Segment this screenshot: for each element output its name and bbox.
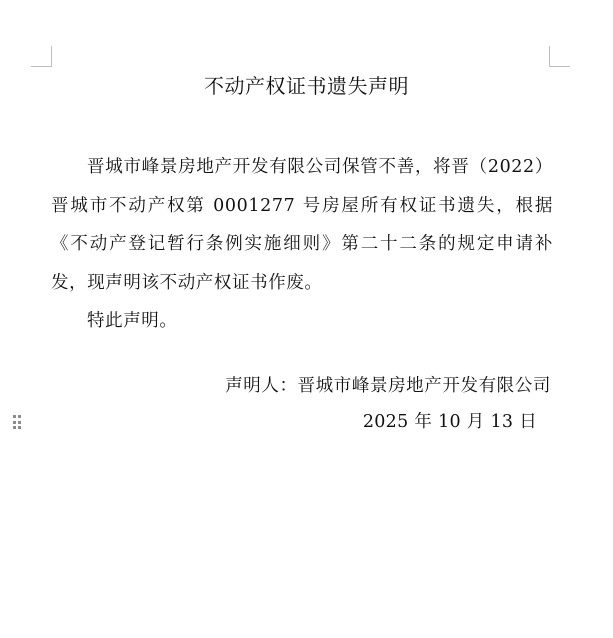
drag-dot [13,421,16,424]
body-paragraph-closing: 特此声明。 [51,302,553,341]
drag-dot [18,415,21,418]
drag-dot [18,421,21,424]
drag-dot [18,426,21,429]
top-right-margin-mark [549,46,570,67]
drag-dot [13,426,16,429]
drag-dot [13,415,16,418]
drag-handle-icon[interactable] [13,415,21,429]
top-left-margin-mark [31,46,52,67]
declaration-date: 2025 年 10 月 13 日 [363,408,537,436]
document-body: 晋城市峰景房地产开发有限公司保管不善，将晋（2022）晋城市不动产权第 0001… [51,148,553,341]
document-title: 不动产权证书遗失声明 [0,72,613,100]
signer-line: 声明人：晋城市峰景房地产开发有限公司 [225,372,551,400]
body-paragraph-statement: 晋城市峰景房地产开发有限公司保管不善，将晋（2022）晋城市不动产权第 0001… [51,148,553,302]
document-page: 不动产权证书遗失声明 晋城市峰景房地产开发有限公司保管不善，将晋（2022）晋城… [0,0,613,638]
